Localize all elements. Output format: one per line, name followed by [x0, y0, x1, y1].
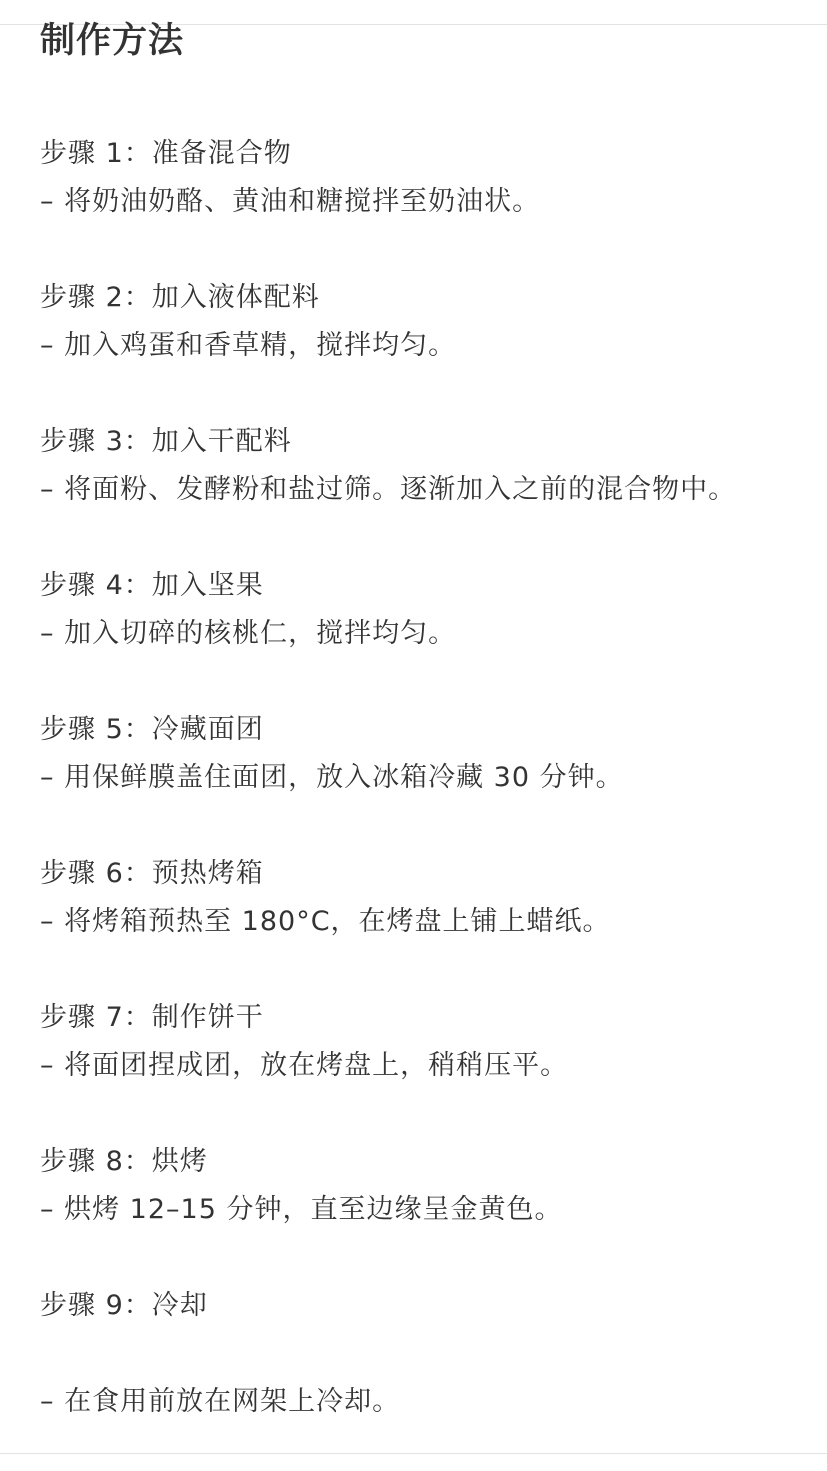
step-title: 步骤 5：冷藏面团 [40, 706, 791, 754]
step-7: 步骤 7：制作饼干 – 将面团捏成团，放在烤盘上，稍稍压平。 [40, 994, 791, 1090]
step-6: 步骤 6：预热烤箱 – 将烤箱预热至 180°C，在烤盘上铺上蜡纸。 [40, 850, 791, 946]
step-description: – 加入切碎的核桃仁，搅拌均匀。 [40, 610, 791, 658]
step-title: 步骤 4：加入坚果 [40, 562, 791, 610]
step-description: – 烘烤 12–15 分钟，直至边缘呈金黄色。 [40, 1186, 791, 1234]
step-description: – 将烤箱预热至 180°C，在烤盘上铺上蜡纸。 [40, 898, 791, 946]
page-title: 制作方法 [40, 14, 791, 68]
step-description: – 将面粉、发酵粉和盐过筛。逐渐加入之前的混合物中。 [40, 466, 791, 514]
step-description: – 用保鲜膜盖住面团，放入冰箱冷藏 30 分钟。 [40, 754, 791, 802]
recipe-method-document: 制作方法 步骤 1：准备混合物 – 将奶油奶酪、黄油和糖搅拌至奶油状。 步骤 2… [40, 14, 791, 1426]
step-title: 步骤 9：冷却 [40, 1282, 791, 1330]
step-2: 步骤 2：加入液体配料 – 加入鸡蛋和香草精，搅拌均匀。 [40, 274, 791, 370]
step-title: 步骤 2：加入液体配料 [40, 274, 791, 322]
step-title: 步骤 8：烘烤 [40, 1138, 791, 1186]
step-description: – 加入鸡蛋和香草精，搅拌均匀。 [40, 322, 791, 370]
step-description: – 将面团捏成团，放在烤盘上，稍稍压平。 [40, 1042, 791, 1090]
step-title: 步骤 3：加入干配料 [40, 418, 791, 466]
bottom-divider [0, 1453, 827, 1454]
step-8: 步骤 8：烘烤 – 烘烤 12–15 分钟，直至边缘呈金黄色。 [40, 1138, 791, 1234]
step-5: 步骤 5：冷藏面团 – 用保鲜膜盖住面团，放入冰箱冷藏 30 分钟。 [40, 706, 791, 802]
step-title: 步骤 6：预热烤箱 [40, 850, 791, 898]
step-description: – 将奶油奶酪、黄油和糖搅拌至奶油状。 [40, 178, 791, 226]
step-title: 步骤 1：准备混合物 [40, 130, 791, 178]
step-description: – 在食用前放在网架上冷却。 [40, 1378, 791, 1426]
step-3: 步骤 3：加入干配料 – 将面粉、发酵粉和盐过筛。逐渐加入之前的混合物中。 [40, 418, 791, 514]
step-1: 步骤 1：准备混合物 – 将奶油奶酪、黄油和糖搅拌至奶油状。 [40, 130, 791, 226]
step-9: 步骤 9：冷却 – 在食用前放在网架上冷却。 [40, 1282, 791, 1426]
step-title: 步骤 7：制作饼干 [40, 994, 791, 1042]
step-4: 步骤 4：加入坚果 – 加入切碎的核桃仁，搅拌均匀。 [40, 562, 791, 658]
